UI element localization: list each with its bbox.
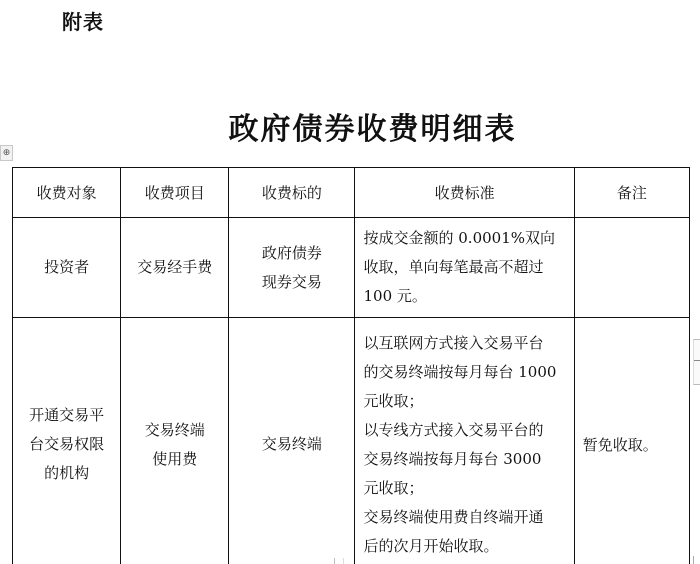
cell-fee-subject: 交易终端 <box>229 318 355 564</box>
fee-standard-line: 元收取； <box>363 387 567 416</box>
cell-fee-target: 开通交易平 台交易权限 的机构 <box>13 318 121 564</box>
fee-item-line: 使用费 <box>121 445 228 474</box>
table-row: 开通交易平 台交易权限 的机构 交易终端 使用费 交易终端 以互联网方式接入交易… <box>13 318 690 564</box>
cell-fee-subject: 政府债券 现券交易 <box>229 218 355 318</box>
cell-fee-standard: 以互联网方式接入交易平台 的交易终端按每月每台 1000 元收取； 以专线方式接… <box>355 318 574 564</box>
fee-standard-line: 交易终端使用费自终端开通 <box>363 503 567 532</box>
ruler-tick <box>694 360 700 361</box>
table-resize-marker[interactable] <box>334 558 344 564</box>
cell-fee-item: 交易终端 使用费 <box>121 318 229 564</box>
fee-item-text: 交易经手费 <box>137 253 212 282</box>
fee-target-text: 投资者 <box>44 253 89 282</box>
fee-target-line: 的机构 <box>13 459 120 488</box>
table-header-row: 收费对象 收费项目 收费标的 收费标准 备注 <box>13 168 690 218</box>
fee-subject-line: 政府债券 <box>229 239 354 268</box>
fee-standard-line: 后的次月开始收取。 <box>363 532 567 561</box>
header-fee-item: 收费项目 <box>121 168 229 218</box>
fee-subject-text: 交易终端 <box>262 430 322 459</box>
cell-remarks <box>574 218 689 318</box>
attachment-label: 附表 <box>62 6 104 35</box>
fee-subject-line: 现券交易 <box>229 268 354 297</box>
cell-remarks: 暂免收取。 <box>574 318 689 564</box>
header-fee-standard: 收费标准 <box>355 168 574 218</box>
table-move-handle-icon[interactable]: ⊕ <box>0 145 13 161</box>
fee-item-line: 交易终端 <box>121 416 228 445</box>
table-resize-handle[interactable] <box>693 556 698 564</box>
fee-standard-line: 100 元。 <box>363 282 567 311</box>
fee-standard-line: 收取，单向每笔最高不超过 <box>363 253 567 282</box>
fee-standard-line: 交易终端按每月每台 3000 <box>363 445 567 474</box>
fee-standard-line: 的交易终端按每月每台 1000 <box>363 358 567 387</box>
fee-detail-table: 收费对象 收费项目 收费标的 收费标准 备注 投资者 交易经手费 政府债券 现券… <box>12 167 690 564</box>
cell-fee-item: 交易经手费 <box>121 218 229 318</box>
document-title: 政府债券收费明细表 <box>0 104 700 148</box>
fee-standard-line: 以互联网方式接入交易平台 <box>363 329 567 358</box>
table-row: 投资者 交易经手费 政府债券 现券交易 按成交金额的 0.0001%双向 收取，… <box>13 218 690 318</box>
header-remarks: 备注 <box>574 168 689 218</box>
fee-standard-line: 以专线方式接入交易平台的 <box>363 416 567 445</box>
fee-standard-line: 按成交金额的 0.0001%双向 <box>363 224 567 253</box>
cell-fee-target: 投资者 <box>13 218 121 318</box>
cell-fee-standard: 按成交金额的 0.0001%双向 收取，单向每笔最高不超过 100 元。 <box>355 218 574 318</box>
fee-target-line: 开通交易平 <box>13 401 120 430</box>
fee-standard-line: 元收取； <box>363 474 567 503</box>
header-fee-target: 收费对象 <box>13 168 121 218</box>
fee-target-line: 台交易权限 <box>13 430 120 459</box>
vertical-ruler-marker <box>693 339 700 385</box>
header-fee-subject: 收费标的 <box>229 168 355 218</box>
